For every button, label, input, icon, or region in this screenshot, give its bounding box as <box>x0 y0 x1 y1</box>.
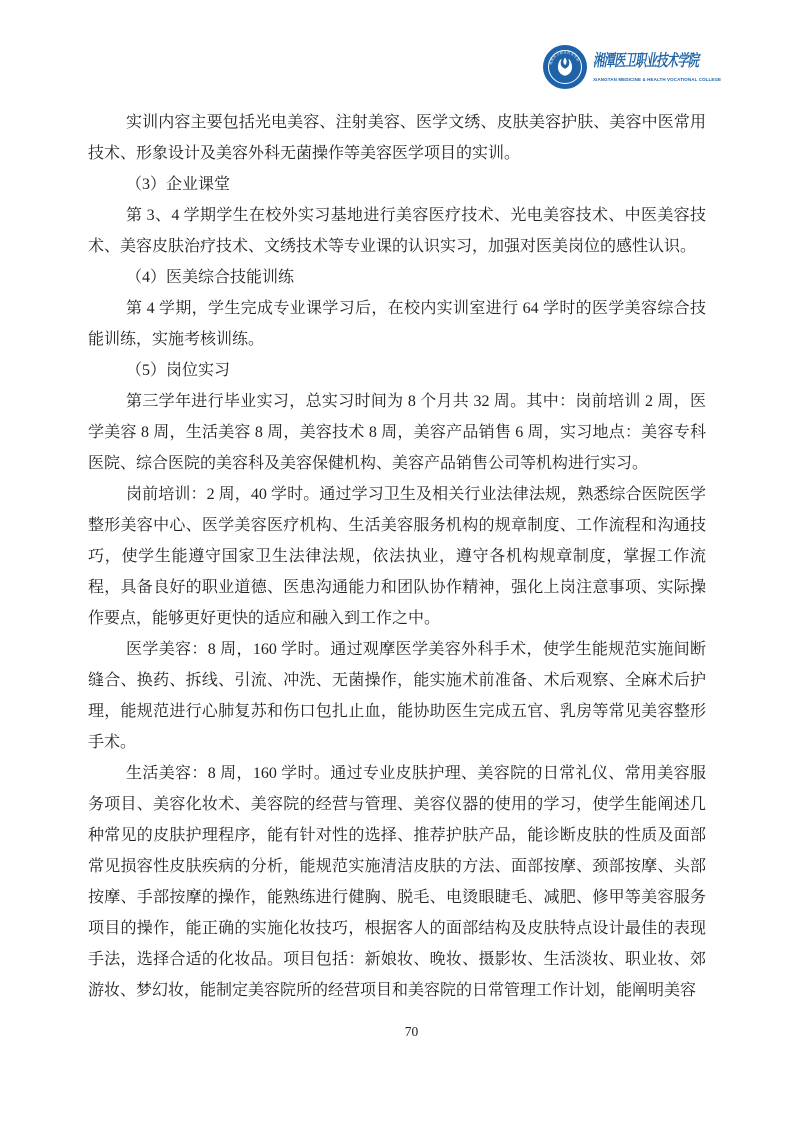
paragraph: 第 3、4 学期学生在校外实习基地进行美容医疗技术、光电美容技术、中医美容技术、… <box>88 200 706 262</box>
page-footer: 70 <box>0 1024 793 1040</box>
paragraph: 第三学年进行毕业实习，总实习时间为 8 个月共 32 周。其中：岗前培训 2 周… <box>88 386 706 479</box>
paragraph: 医学美容：8 周，160 学时。通过观摩医学美容外科手术，使学生能规范实施间断缝… <box>88 634 706 758</box>
paragraph: 第 4 学期，学生完成专业课学习后，在校内实训室进行 64 学时的医学美容综合技… <box>88 293 706 355</box>
paragraph: 岗前培训：2 周，40 学时。通过学习卫生及相关行业法律法规，熟悉综合医院医学整… <box>88 479 706 634</box>
document-body: 实训内容主要包括光电美容、注射美容、医学文绣、皮肤美容护肤、美容中医常用技术、形… <box>88 107 706 1006</box>
paragraph: 生活美容：8 周，160 学时。通过专业皮肤护理、美容院的日常礼仪、常用美容服务… <box>88 758 706 1006</box>
college-name-block: 湘潭医卫职业技术学院 XIANGTAN MEDICINE & HEALTH VO… <box>593 45 793 89</box>
section-heading: （5）岗位实习 <box>88 355 706 386</box>
section-heading: （4）医美综合技能训练 <box>88 262 706 293</box>
college-logo: 湘潭医卫职业技术学院 湘潭医卫职业技术学院 XIANGTAN MEDICINE … <box>543 45 793 89</box>
college-name-en: XIANGTAN MEDICINE & HEALTH VOCATIONAL CO… <box>593 77 721 82</box>
page-number: 70 <box>405 1024 419 1039</box>
section-heading: （3）企业课堂 <box>88 169 706 200</box>
paragraph: 实训内容主要包括光电美容、注射美容、医学文绣、皮肤美容护肤、美容中医常用技术、形… <box>88 107 706 169</box>
document-page: 湘潭医卫职业技术学院 湘潭医卫职业技术学院 XIANGTAN MEDICINE … <box>0 0 793 1122</box>
college-emblem-icon: 湘潭医卫职业技术学院 <box>543 45 587 89</box>
college-name-zh: 湘潭医卫职业技术学院 <box>593 51 698 70</box>
